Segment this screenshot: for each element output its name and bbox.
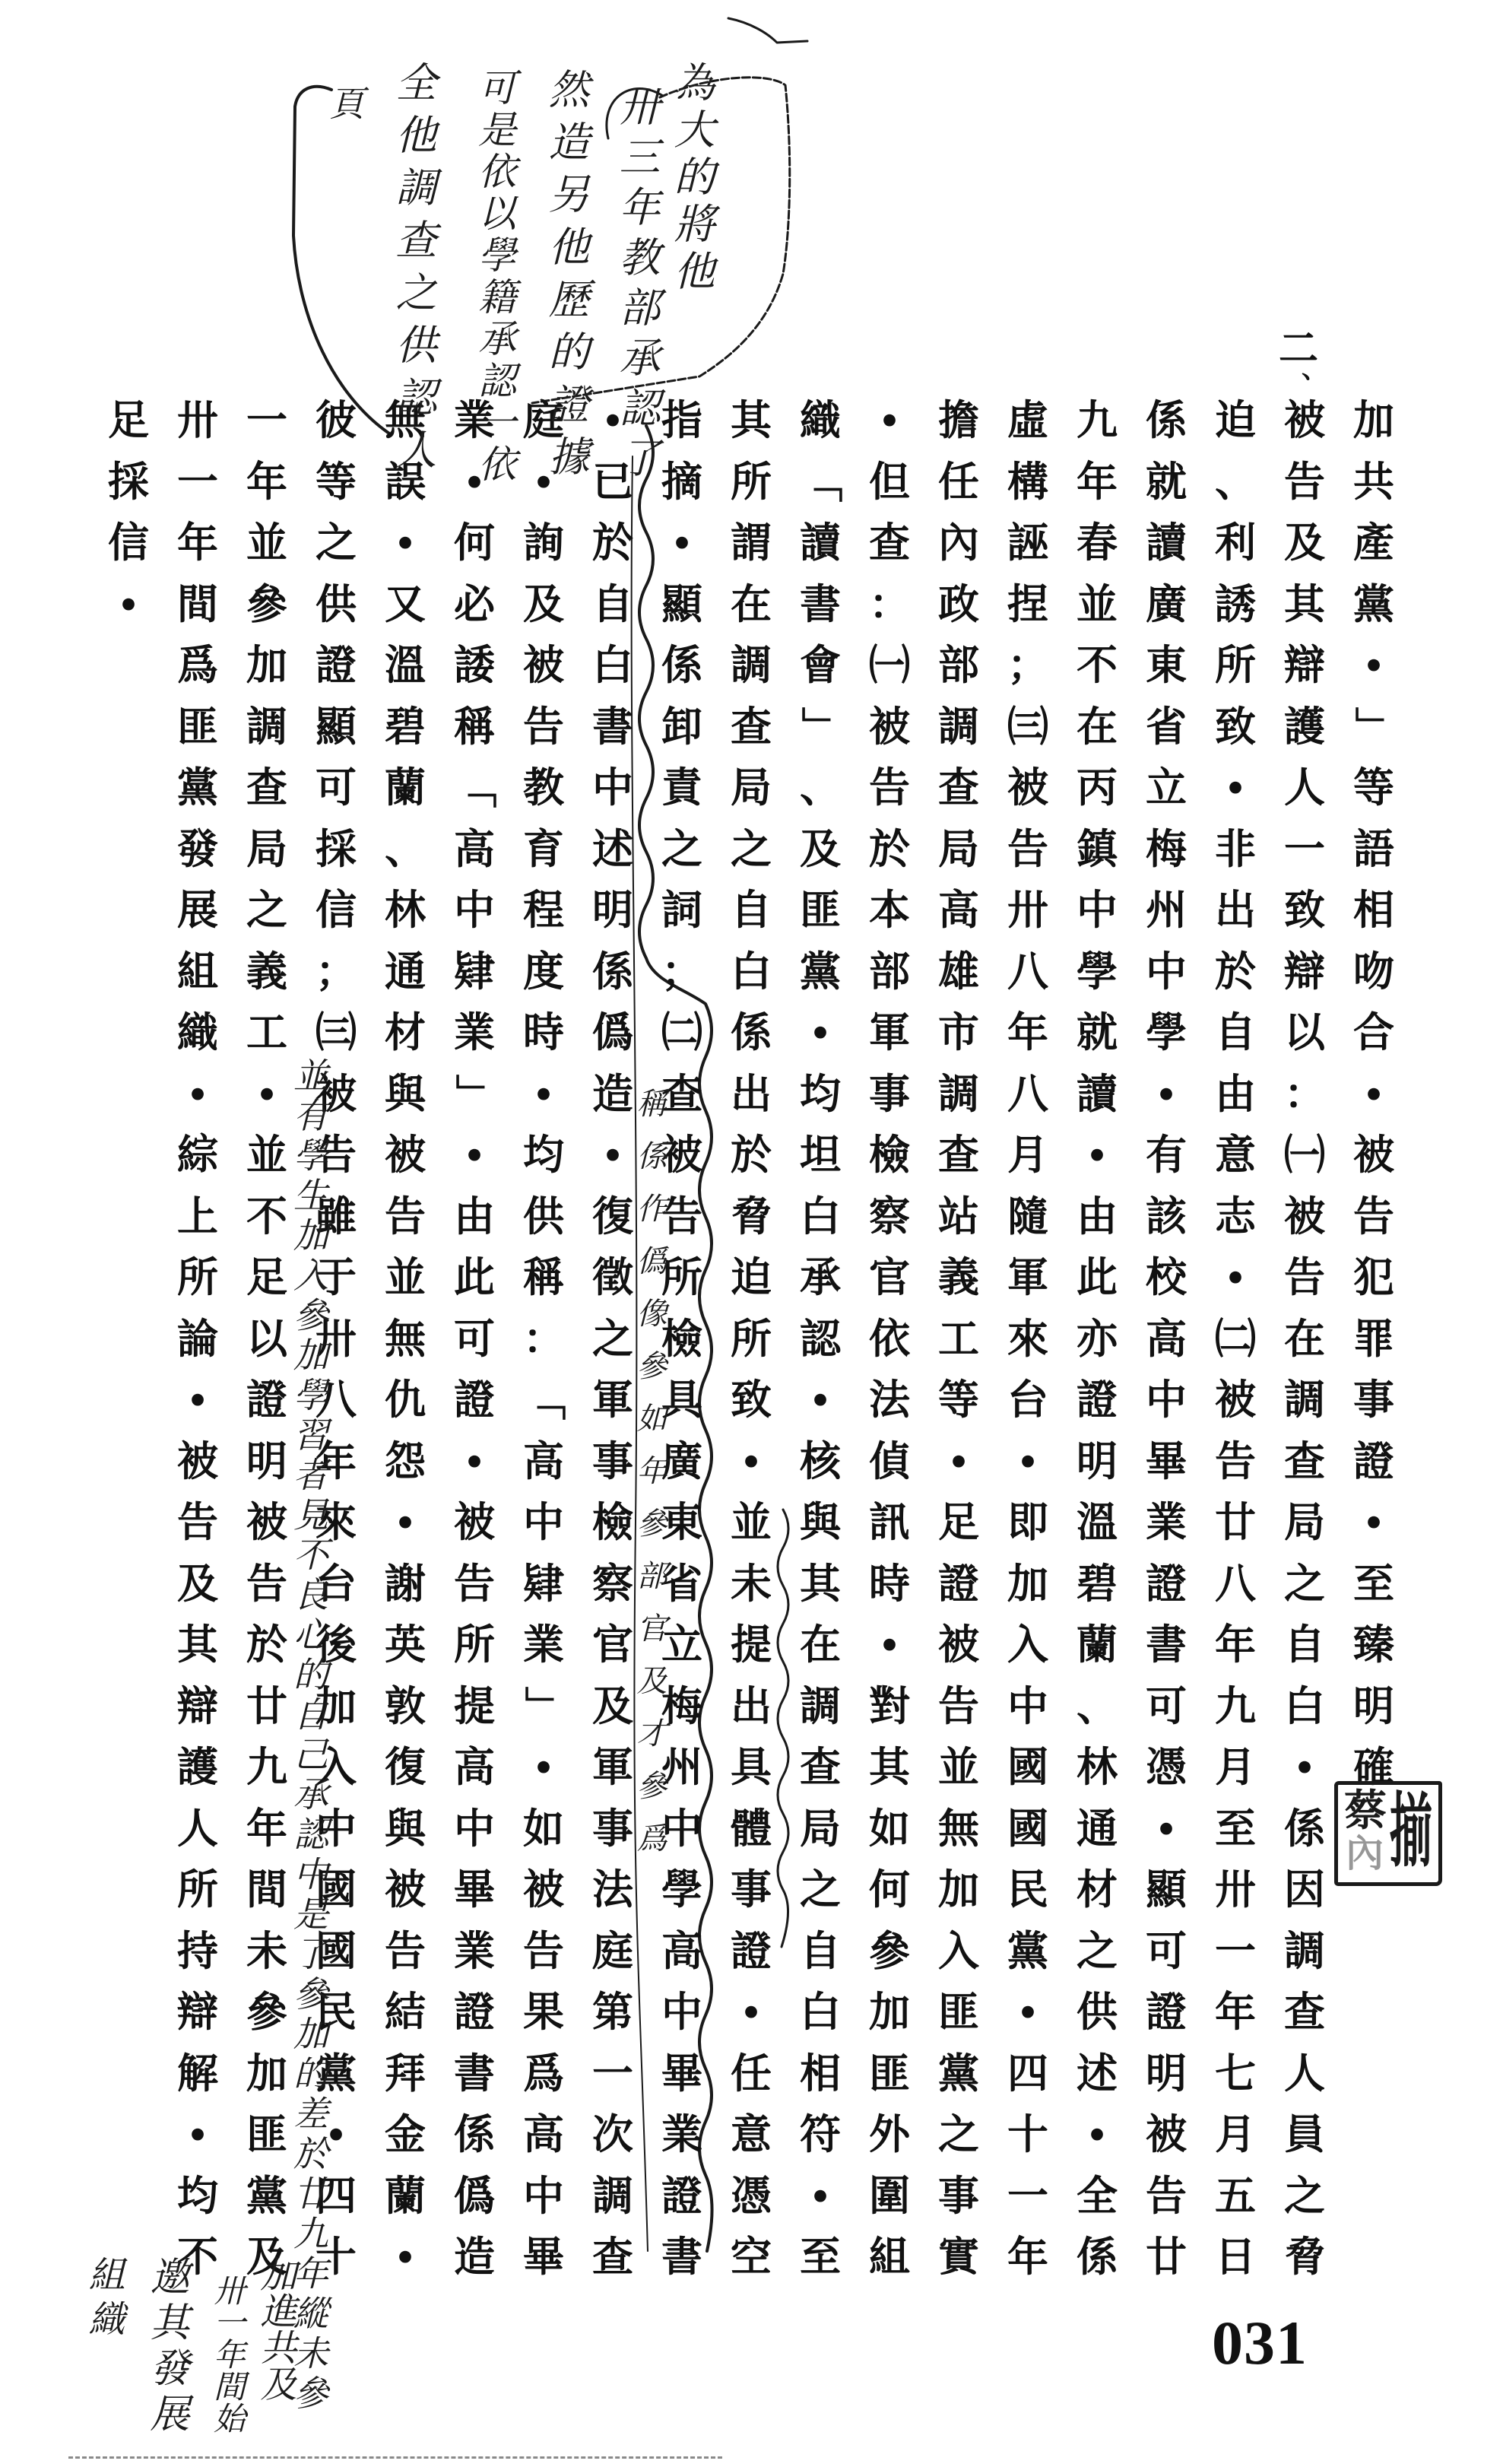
character-cell: 會 — [790, 635, 851, 696]
character-cell: 中 — [444, 1799, 505, 1859]
handwritten-line: 加進共及 — [249, 2256, 302, 2402]
character-cell: 月 — [1205, 2104, 1266, 2165]
character-cell: 擔 — [928, 390, 989, 451]
character-cell: 出 — [721, 1064, 782, 1125]
character-cell: ㈠ — [859, 635, 920, 696]
character-cell: 英 — [375, 1615, 436, 1675]
character-cell: 畢 — [652, 2043, 712, 2104]
character-cell: 必 — [444, 574, 505, 635]
character-cell: 、 — [1067, 1676, 1127, 1737]
character-cell: 時 — [859, 1554, 920, 1615]
character-cell: 具 — [721, 1737, 782, 1798]
character-cell: 僞 — [444, 2166, 505, 2227]
character-cell: 加 — [236, 635, 297, 696]
character-cell: 畢 — [444, 1859, 505, 1920]
character-cell: 實 — [928, 2227, 989, 2288]
character-cell: 採 — [306, 819, 366, 880]
character-cell: 調 — [790, 1676, 851, 1737]
character-cell: 相 — [790, 2043, 851, 2104]
character-cell: 怨 — [375, 1431, 436, 1492]
character-cell: 林 — [375, 880, 436, 941]
character-cell: 四 — [997, 2043, 1058, 2104]
handwritten-line: 然造另他歷的證據 — [537, 68, 595, 487]
character-cell: 供 — [306, 574, 366, 635]
character-cell: 解 — [167, 2043, 228, 2104]
character-cell: 明 — [1136, 2043, 1197, 2104]
character-cell: 一 — [1274, 819, 1335, 880]
character-cell: 諉 — [444, 635, 505, 696]
character-cell: 程 — [513, 880, 574, 941]
top-scribble-stroke — [728, 18, 807, 43]
character-cell: 及 — [790, 819, 851, 880]
character-cell: 係 — [1274, 1799, 1335, 1859]
character-cell: 年 — [1205, 1982, 1266, 2043]
handwritten-line: 組織 — [78, 2256, 130, 2344]
character-cell: 自 — [582, 574, 643, 635]
character-cell: 工 — [928, 1309, 989, 1370]
character-cell: 由 — [444, 1186, 505, 1247]
character-cell: 外 — [859, 2104, 920, 2165]
character-cell: 軍 — [997, 1247, 1058, 1308]
character-cell: 加 — [859, 1982, 920, 2043]
character-cell: 「 — [513, 1370, 574, 1430]
seal-stamp: 揃 蔡 內 — [1334, 1781, 1442, 1886]
character-cell: 溫 — [375, 635, 436, 696]
character-cell: 日 — [1205, 2227, 1266, 2288]
character-cell: 加 — [1343, 390, 1404, 451]
character-cell: 一 — [582, 2043, 643, 2104]
character-cell: 書 — [790, 574, 851, 635]
character-cell: 月 — [997, 1125, 1058, 1186]
character-cell: 論 — [167, 1309, 228, 1370]
character-cell: 於 — [1205, 941, 1266, 1002]
character-cell: 白 — [582, 635, 643, 696]
character-cell: 自 — [1274, 1615, 1335, 1675]
character-cell: ㈢ — [306, 1002, 366, 1063]
handwritten-line: 可是依以學籍承認一依 — [467, 68, 522, 486]
character-cell: 年 — [997, 1002, 1058, 1063]
character-cell: 坦 — [790, 1125, 851, 1186]
character-cell: 中 — [513, 2166, 574, 2227]
character-cell: 站 — [928, 1186, 989, 1247]
character-cell: 查 — [790, 1737, 851, 1798]
character-cell: 人 — [1274, 2043, 1335, 2104]
character-cell: 其 — [1274, 574, 1335, 635]
character-cell: 中 — [1067, 880, 1127, 941]
character-cell: 護 — [1274, 697, 1335, 757]
character-cell: ㈢ — [997, 697, 1058, 757]
character-cell: 東 — [1136, 635, 1197, 696]
character-cell: 讀 — [1136, 513, 1197, 573]
character-cell: 被 — [513, 635, 574, 696]
character-cell: 即 — [997, 1492, 1058, 1553]
character-cell: 何 — [859, 1859, 920, 1920]
character-cell: 蘭 — [1067, 1615, 1127, 1675]
character-cell: 市 — [928, 1002, 989, 1063]
character-cell: 調 — [721, 635, 782, 696]
character-cell: 入 — [997, 1615, 1058, 1675]
character-cell: 誘 — [1205, 574, 1266, 635]
character-cell: 之 — [1274, 2166, 1335, 2227]
character-cell: 織 — [167, 1002, 228, 1063]
character-cell: 匪 — [928, 1982, 989, 2043]
character-cell: 次 — [582, 2104, 643, 2165]
character-cell: 亦 — [1067, 1309, 1127, 1370]
character-cell: 一 — [236, 390, 297, 451]
punctuation-dot: • — [1136, 1064, 1197, 1125]
character-cell: 採 — [98, 452, 159, 513]
character-cell: 讀 — [790, 513, 851, 573]
character-cell: 在 — [790, 1615, 851, 1675]
character-cell: 辯 — [167, 1676, 228, 1737]
scan-edge-line — [68, 2456, 722, 2459]
character-cell: 局 — [236, 819, 297, 880]
character-cell: 匪 — [790, 880, 851, 941]
character-cell: 廿 — [1136, 2227, 1197, 2288]
punctuation-dot: • — [721, 1431, 782, 1492]
character-cell: 證 — [306, 635, 366, 696]
character-cell: ： — [1274, 1064, 1335, 1125]
character-cell: 「 — [790, 452, 851, 513]
punctuation-dot: • — [1343, 1492, 1404, 1553]
punctuation-dot: • — [167, 1370, 228, 1430]
character-cell: 相 — [1343, 880, 1404, 941]
character-cell: 無 — [375, 1309, 436, 1370]
character-cell: 證 — [1343, 1431, 1404, 1492]
punctuation-dot: • — [1274, 1737, 1335, 1798]
handwritten-line: 為大的將他 — [662, 61, 721, 297]
character-cell: 白 — [790, 1982, 851, 2043]
character-cell: 林 — [1067, 1737, 1127, 1798]
character-cell: 其 — [167, 1615, 228, 1675]
character-cell: 體 — [721, 1799, 782, 1859]
character-cell: 臻 — [1343, 1615, 1404, 1675]
character-cell: 合 — [1343, 1002, 1404, 1063]
character-cell: 通 — [1067, 1799, 1127, 1859]
character-cell: 業 — [444, 1921, 505, 1982]
character-cell: 織 — [790, 390, 851, 451]
character-cell: 度 — [513, 941, 574, 1002]
character-cell: 黨 — [997, 1921, 1058, 1982]
seal-char: 內 — [1346, 1832, 1384, 1875]
character-cell: 無 — [928, 1799, 989, 1859]
handwritten-inline-annotation: 稱係作僞像參如年參部官及才參爲 — [628, 1088, 671, 1875]
character-cell: 調 — [582, 2166, 643, 2227]
character-cell: 高 — [1136, 1309, 1197, 1370]
character-cell: 廿 — [1205, 1492, 1266, 1553]
character-cell: 卅 — [997, 880, 1058, 941]
character-cell: 業 — [1136, 1492, 1197, 1553]
character-cell: 卅 — [1205, 1859, 1266, 1920]
character-cell: 教 — [513, 757, 574, 818]
character-cell: 吻 — [1343, 941, 1404, 1002]
punctuation-dot: • — [790, 1002, 851, 1063]
character-cell: 造 — [444, 2227, 505, 2288]
character-cell: 高 — [652, 1921, 712, 1982]
punctuation-dot: • — [167, 1064, 228, 1125]
handwritten-page-ref: 頁 — [319, 85, 369, 120]
character-cell: 此 — [444, 1247, 505, 1308]
punctuation-dot: • — [98, 574, 159, 635]
character-cell: 業 — [513, 1615, 574, 1675]
character-cell: 告 — [1136, 2166, 1197, 2227]
character-cell: 可 — [1136, 1921, 1197, 1982]
character-cell: 虛 — [997, 390, 1058, 451]
character-cell: 證 — [1067, 1370, 1127, 1430]
character-cell: 高 — [444, 819, 505, 880]
character-cell: 省 — [1136, 697, 1197, 757]
character-cell: 係 — [1136, 390, 1197, 451]
character-cell: 查 — [582, 2227, 643, 2288]
character-cell: 出 — [721, 1676, 782, 1737]
character-cell: 」 — [1343, 697, 1404, 757]
character-cell: 中 — [444, 880, 505, 941]
character-cell: 事 — [859, 1064, 920, 1125]
character-cell: 之 — [1274, 1554, 1335, 1615]
character-cell: 意 — [721, 2104, 782, 2165]
character-cell: 告 — [859, 757, 920, 818]
character-cell: 迫 — [1205, 390, 1266, 451]
note-loop-left-stroke — [293, 87, 389, 433]
character-cell: 於 — [859, 819, 920, 880]
character-cell: 中 — [513, 1492, 574, 1553]
character-cell: 蘭 — [375, 757, 436, 818]
character-cell: 一 — [167, 452, 228, 513]
character-cell: 政 — [928, 574, 989, 635]
character-cell: 時 — [513, 1002, 574, 1063]
character-cell: ㈡ — [652, 1002, 712, 1063]
character-cell: 察 — [859, 1186, 920, 1247]
character-cell: 局 — [928, 819, 989, 880]
character-cell: 所 — [167, 1247, 228, 1308]
character-cell: 綜 — [167, 1125, 228, 1186]
character-cell: 符 — [790, 2104, 851, 2165]
punctuation-dot: • — [1343, 635, 1404, 696]
character-cell: 肄 — [444, 941, 505, 1002]
character-cell: 八 — [997, 1064, 1058, 1125]
character-cell: 黨 — [167, 757, 228, 818]
character-cell: 及 — [513, 574, 574, 635]
character-cell: 就 — [1136, 452, 1197, 513]
character-cell: 憑 — [1136, 1737, 1197, 1798]
character-cell: 八 — [997, 941, 1058, 1002]
character-cell: 被 — [1274, 390, 1335, 451]
character-cell: 查 — [928, 1125, 989, 1186]
character-cell: 告 — [1274, 452, 1335, 513]
character-cell: 發 — [167, 819, 228, 880]
character-cell: 至 — [790, 2227, 851, 2288]
character-cell: 年 — [1067, 452, 1127, 513]
character-cell: 鎮 — [1067, 819, 1127, 880]
punctuation-dot: • — [375, 1492, 436, 1553]
character-cell: 顯 — [306, 697, 366, 757]
character-cell: 告 — [1205, 1431, 1266, 1492]
character-cell: ： — [513, 1309, 574, 1370]
character-cell: 入 — [928, 1921, 989, 1982]
character-cell: 被 — [997, 757, 1058, 818]
character-cell: 但 — [859, 452, 920, 513]
character-cell: 雄 — [928, 941, 989, 1002]
character-cell: 詞 — [652, 880, 712, 941]
character-cell: 國 — [997, 1737, 1058, 1798]
character-cell: 高 — [444, 1737, 505, 1798]
character-cell: 梅 — [1136, 819, 1197, 880]
character-cell: ㈠ — [1274, 1125, 1335, 1186]
character-cell: 被 — [1343, 1125, 1404, 1186]
character-cell: 校 — [1136, 1247, 1197, 1308]
character-cell: 迫 — [721, 1247, 782, 1308]
character-cell: 卅 — [167, 390, 228, 451]
character-cell: 係 — [582, 941, 643, 1002]
character-cell: 告 — [444, 1554, 505, 1615]
character-cell: 脅 — [1274, 2227, 1335, 2288]
character-cell: 空 — [721, 2227, 782, 2288]
character-cell: 拜 — [375, 2043, 436, 2104]
character-cell: 該 — [1136, 1186, 1197, 1247]
character-cell: 之 — [1067, 1921, 1127, 1982]
punctuation-dot: • — [167, 2104, 228, 2165]
character-cell: 高 — [513, 1431, 574, 1492]
page-number: 031 — [1212, 2312, 1308, 2374]
character-cell: 述 — [582, 819, 643, 880]
character-cell: 以 — [1274, 1002, 1335, 1063]
punctuation-dot: • — [859, 1615, 920, 1675]
character-cell: 並 — [1067, 574, 1127, 635]
punctuation-dot: • — [513, 1737, 574, 1798]
character-cell: 致 — [1274, 880, 1335, 941]
character-cell: 查 — [1274, 1982, 1335, 2043]
character-cell: 均 — [167, 2166, 228, 2227]
character-cell: 並 — [721, 1492, 782, 1553]
character-cell: 謂 — [721, 513, 782, 573]
character-cell: 軍 — [859, 1002, 920, 1063]
character-cell: 參 — [859, 1921, 920, 1982]
punctuation-dot: • — [1067, 2104, 1127, 2165]
character-cell: 其 — [859, 1737, 920, 1798]
character-cell: 明 — [1067, 1431, 1127, 1492]
character-cell: 義 — [928, 1247, 989, 1308]
character-cell: 至 — [1343, 1554, 1404, 1615]
character-cell: 係 — [721, 1002, 782, 1063]
character-cell: 又 — [375, 574, 436, 635]
character-cell: 部 — [859, 941, 920, 1002]
character-cell: 致 — [1205, 697, 1266, 757]
character-cell: 學 — [1136, 1002, 1197, 1063]
character-cell: 及 — [167, 1554, 228, 1615]
character-cell: 信 — [98, 513, 159, 573]
character-cell: 調 — [1274, 1370, 1335, 1430]
character-cell: 責 — [652, 757, 712, 818]
character-cell: 卸 — [652, 697, 712, 757]
character-cell: 構 — [997, 452, 1058, 513]
character-cell: 、 — [1205, 452, 1266, 513]
character-cell: 有 — [1136, 1125, 1197, 1186]
character-cell: 辯 — [167, 1982, 228, 2043]
character-cell: 碧 — [1067, 1554, 1127, 1615]
punctuation-dot: • — [997, 1982, 1058, 2043]
character-cell: 之 — [652, 819, 712, 880]
character-cell: 持 — [167, 1921, 228, 1982]
character-cell: 所 — [721, 1309, 782, 1370]
punctuation-dot: • — [1343, 1064, 1404, 1125]
character-cell: 加 — [928, 1859, 989, 1920]
character-cell: 告 — [513, 1921, 574, 1982]
character-cell: 「 — [444, 757, 505, 818]
punctuation-dot: • — [859, 390, 920, 451]
character-cell: 事 — [721, 1859, 782, 1920]
character-cell: 調 — [236, 697, 297, 757]
character-cell: 信 — [306, 880, 366, 941]
character-cell: 本 — [859, 880, 920, 941]
character-cell: 十 — [997, 2104, 1058, 2165]
character-cell: 員 — [1274, 2104, 1335, 2165]
character-cell: 義 — [236, 941, 297, 1002]
character-cell: 均 — [790, 1064, 851, 1125]
character-cell: 任 — [928, 452, 989, 513]
character-cell: 明 — [582, 880, 643, 941]
character-cell: 告 — [167, 1492, 228, 1553]
character-cell: 人 — [1274, 757, 1335, 818]
punctuation-dot: • — [1136, 1799, 1197, 1859]
character-cell: 詢 — [513, 513, 574, 573]
character-cell: 中 — [997, 1676, 1058, 1737]
character-cell: ㈡ — [1205, 1309, 1266, 1370]
character-cell: 並 — [928, 1737, 989, 1798]
character-cell: 內 — [928, 513, 989, 573]
character-cell: 仇 — [375, 1370, 436, 1430]
character-cell: 意 — [1205, 1125, 1266, 1186]
character-cell: 工 — [236, 1002, 297, 1063]
character-cell: 法 — [859, 1370, 920, 1430]
character-cell: 丙 — [1067, 757, 1127, 818]
character-cell: 金 — [375, 2104, 436, 2165]
character-cell: 畢 — [1136, 1431, 1197, 1492]
punctuation-dot: • — [790, 1370, 851, 1430]
character-cell: 中 — [1136, 1370, 1197, 1430]
character-cell: 肄 — [513, 1554, 574, 1615]
character-cell: 匪 — [859, 2043, 920, 2104]
character-cell: 偵 — [859, 1431, 920, 1492]
character-cell: 調 — [928, 697, 989, 757]
character-cell: 護 — [167, 1737, 228, 1798]
character-cell: 學 — [1067, 941, 1127, 1002]
character-cell: 告 — [375, 1921, 436, 1982]
character-cell: 述 — [1067, 2043, 1127, 2104]
character-cell: 局 — [790, 1799, 851, 1859]
character-cell: 與 — [375, 1064, 436, 1125]
character-cell: ： — [859, 574, 920, 635]
character-cell: 並 — [236, 513, 297, 573]
character-cell: 及 — [1274, 513, 1335, 573]
character-cell: 告 — [928, 1676, 989, 1737]
character-cell: 與 — [375, 1799, 436, 1859]
character-cell: 民 — [997, 1859, 1058, 1920]
character-cell: 材 — [375, 1002, 436, 1063]
character-cell: 未 — [721, 1554, 782, 1615]
character-cell: 供 — [513, 1186, 574, 1247]
punctuation-dot: • — [1205, 757, 1266, 818]
character-cell: 第 — [582, 1982, 643, 2043]
character-cell: 育 — [513, 819, 574, 880]
character-cell: 係 — [1067, 2227, 1127, 2288]
punctuation-dot: • — [1067, 1125, 1127, 1186]
character-cell: 證 — [652, 2166, 712, 2227]
scanned-document-page: 加共產黨•」等語相吻合•被告犯罪事證•至臻明確被告及其辯護人一致辯以：㈠被告在調… — [0, 0, 1503, 2464]
handwritten-inline-annotation: 並有學生加入參加學習者見不良心的自己承認中是了參加的差於廿九年縱未參 — [284, 1057, 334, 2415]
character-cell: 調 — [928, 1064, 989, 1125]
character-cell: 碧 — [375, 697, 436, 757]
punctuation-dot: • — [721, 1982, 782, 2043]
